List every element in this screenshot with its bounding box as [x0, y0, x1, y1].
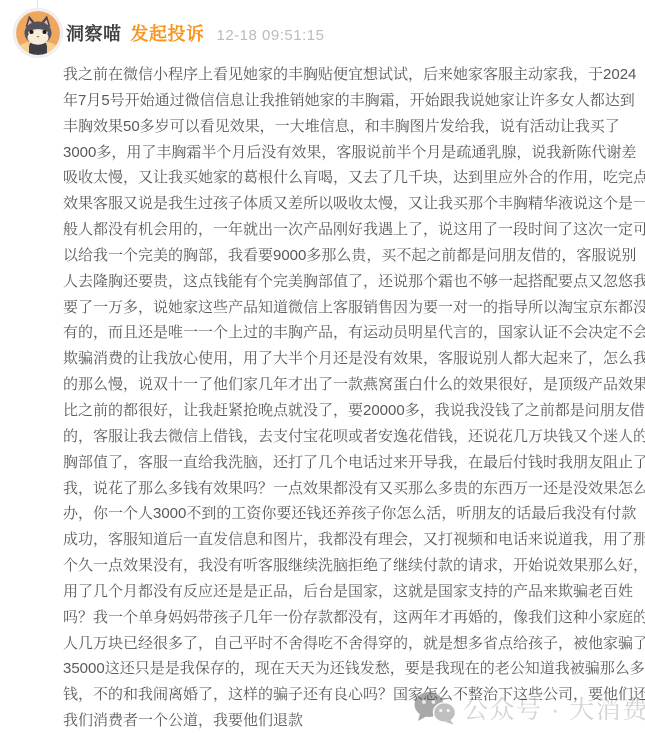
text-line: 吸收太慢，又让我买她家的葛根什么肓喝，又去了几千块，达到里应外合的作用，吃完点 [63, 165, 641, 191]
text-line: 般人都没有机会用的，一年就出一次产品刚好我遇上了，说这用了一段时间了这次一定可 [63, 217, 641, 243]
avatar[interactable] [13, 8, 63, 58]
text-line: 有的，而且还是唯一一个上过的丰胸产品，有运动员明星代言的，国家认证不会决定不会 [63, 320, 641, 346]
text-line: 办，你一个人3000不到的工资你要还钱还养孩子你怎么活，听朋友的话最后我没有付款 [63, 501, 641, 527]
text-line: 成功，客服知道后一直发信息和图片，我都没有理会，又打视频和电话来说道我，用了那 [63, 527, 641, 553]
text-line: 欺骗消费的让我放心使用，用了大半个月还是没有效果，客服说别人都大起来了，怎么我 [63, 346, 641, 372]
action-label: 发起投诉 [131, 20, 205, 46]
text-line: 比之前的都很好，让我赶紧抢晚点就没了，要20000多，我说我没钱了之前都是问朋友… [63, 398, 641, 424]
text-line: 吗？我一个单身妈妈带孩子几年一份存款都没有，这两年才再婚的，像我们这种小家庭的 [63, 605, 641, 631]
text-line: 年7月5号开始通过微信信息让我推销她家的丰胸霜，开始跟我说她家让许多女人都达到 [63, 88, 641, 114]
text-line: 个久一点效果没有，我没有听客服继续洗脑拒绝了继续付款的请求，开始说效果那么好， [63, 553, 641, 579]
text-line: 我，说花了那么多钱有效果吗？一点效果都没有又买那么多贵的东西万一还是没效果怎么 [63, 476, 641, 502]
username[interactable]: 洞察喵 [66, 20, 122, 46]
timestamp: 12-18 09:51:15 [217, 27, 325, 44]
text-line: 丰胸效果50多岁可以看见效果，一大堆信息，和丰胸图片发给我，说有活动让我买了 [63, 114, 641, 140]
text-line: 的那么慢，说双十一了他们家几年才出了一款燕窝蛋白什么的效果很好，是顶级产品效果 [63, 372, 641, 398]
text-line: 以给我一个完美的胸部，我看要9000多那么贵，买不起之前都是问朋友借的，客服说别 [63, 243, 641, 269]
text-line: 钱，不的和我闹离婚了，这样的骗子还有良心吗？国家怎么不整治下这些公司，要他们还 [63, 682, 641, 708]
text-line: 我们消费者一个公道，我要他们退款 [63, 708, 641, 734]
text-line: 我之前在微信小程序上看见她家的丰胸贴便宜想试试，后来她家客服主动家我，于2024 [63, 62, 641, 88]
text-line: 要了一万多，说她家这些产品知道微信上客服销售因为要一对一的指导所以淘宝京东都没 [63, 295, 641, 321]
text-line: 35000这还只是是我保存的，现在天天为还钱发愁，要是我现在的老公知道我被骗那么… [63, 656, 641, 682]
cat-avatar-icon [16, 11, 60, 55]
post-body: 我之前在微信小程序上看见她家的丰胸贴便宜想试试，后来她家客服主动家我，于2024… [63, 62, 641, 734]
post-header: 洞察喵 发起投诉 12-18 09:51:15 [66, 20, 324, 46]
complaint-post-page: 洞察喵 发起投诉 12-18 09:51:15 我之前在微信小程序上看见她家的丰… [0, 0, 645, 735]
text-line: 人去隆胸还要贵，这点钱能有个完美胸部值了，还说那个霜也不够一起搭配要点又忽悠我 [63, 269, 641, 295]
text-line: 胸部值了，客服一直给我洗脑，还打了几个电话过来开导我，在最后付钱时我朋友阻止了 [63, 450, 641, 476]
text-line: 人几万块已经很多了，自己平时不舍得吃不舍得穿的，就是想多省点给孩子，被他家骗了 [63, 631, 641, 657]
text-line: 3000多，用了丰胸霜半个月后没有效果，客服说前半个月是疏通乳腺，说我新陈代谢差 [63, 140, 641, 166]
text-line: 的，客服让我去微信上借钱，去支付宝花呗或者安逸花借钱，还说花几万块钱又个迷人的 [63, 424, 641, 450]
text-line: 用了几个月都没有反应还是是正品，后台是国家，这就是国家支持的产品来欺骗老百姓 [63, 579, 641, 605]
text-line: 效果客服又说是我生过孩子体质又差所以吸收太慢，又让我买那个丰胸精华液说这个是一 [63, 191, 641, 217]
